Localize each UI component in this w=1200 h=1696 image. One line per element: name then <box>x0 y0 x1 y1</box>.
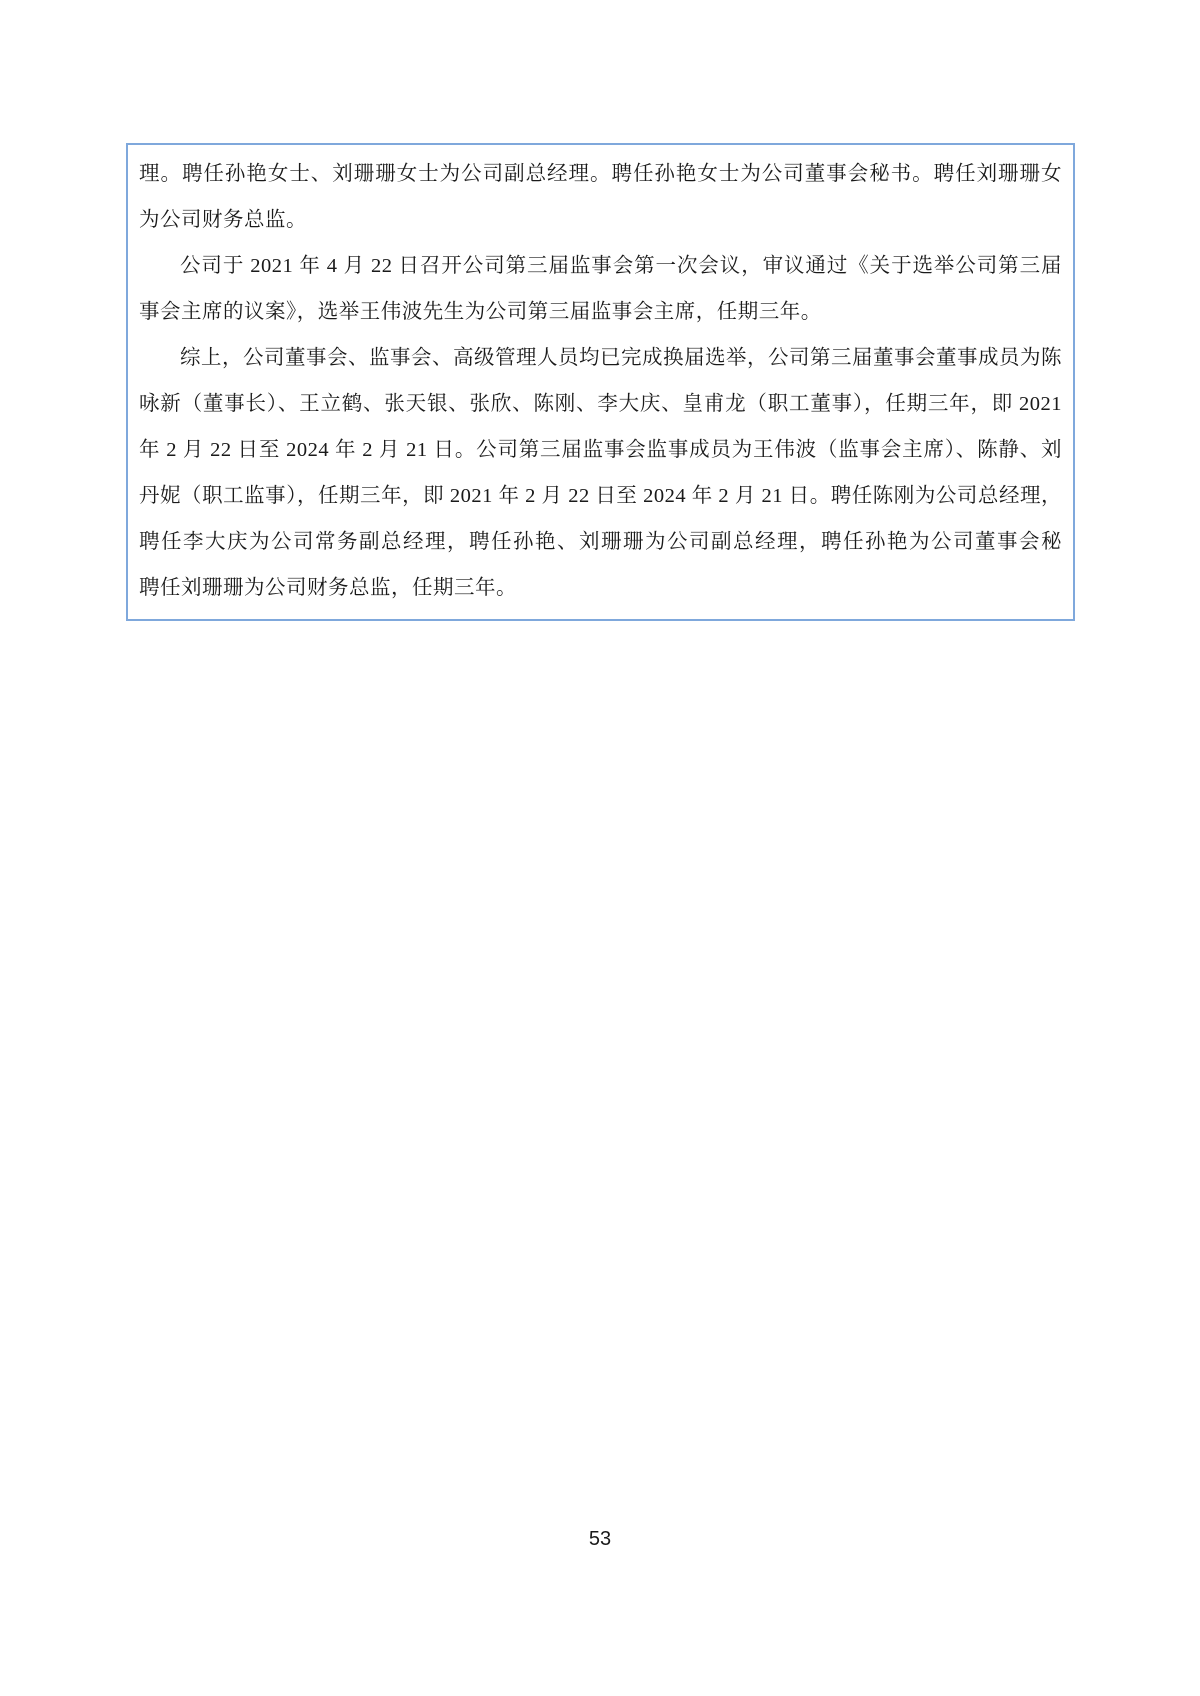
text-line: 理。聘任孙艳女士、刘珊珊女士为公司副总经理。聘任孙艳女士为公司董事会秘书。聘任刘… <box>139 151 1062 197</box>
text-line: 综上，公司董事会、监事会、高级管理人员均已完成换届选举，公司第三届董事会董事成员… <box>139 335 1062 381</box>
text-line: 聘任刘珊珊为公司财务总监，任期三年。 <box>139 565 1062 611</box>
text-line: 事会主席的议案》，选举王伟波先生为公司第三届监事会主席，任期三年。 <box>139 289 1062 335</box>
text-line: 聘任李大庆为公司常务副总经理，聘任孙艳、刘珊珊为公司副总经理，聘任孙艳为公司董事… <box>139 519 1062 565</box>
text-line: 公司于 2021 年 4 月 22 日召开公司第三届监事会第一次会议，审议通过《… <box>139 243 1062 289</box>
page-number: 53 <box>0 1528 1200 1551</box>
text-line: 咏新（董事长）、王立鹤、张天银、张欣、陈刚、李大庆、皇甫龙（职工董事），任期三年… <box>139 381 1062 427</box>
text-line: 年 2 月 22 日至 2024 年 2 月 21 日。公司第三届监事会监事成员… <box>139 427 1062 473</box>
document-page: 理。聘任孙艳女士、刘珊珊女士为公司副总经理。聘任孙艳女士为公司董事会秘书。聘任刘… <box>0 0 1200 1696</box>
text-line: 丹妮（职工监事），任期三年，即 2021 年 2 月 22 日至 2024 年 … <box>139 473 1062 519</box>
text-box: 理。聘任孙艳女士、刘珊珊女士为公司副总经理。聘任孙艳女士为公司董事会秘书。聘任刘… <box>126 143 1075 621</box>
text-line: 为公司财务总监。 <box>139 197 1062 243</box>
